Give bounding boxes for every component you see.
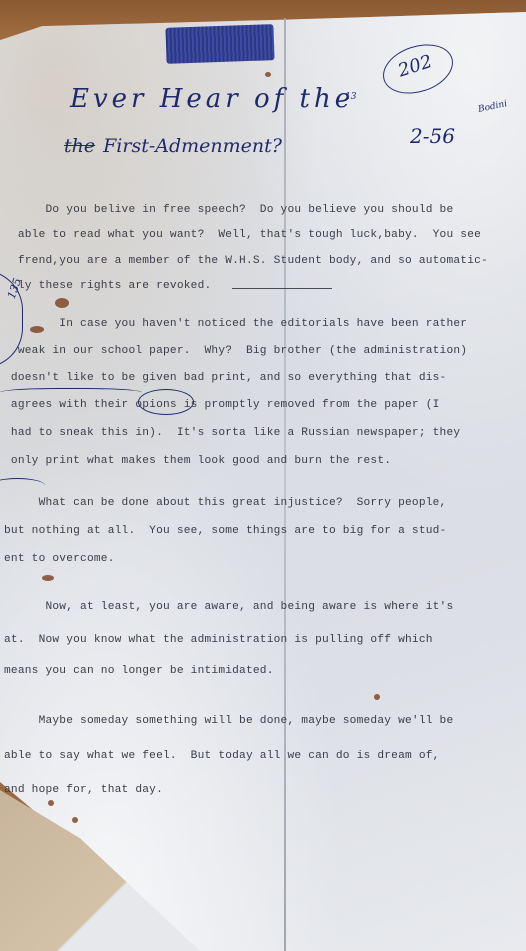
typed-line: doesn't like to be given bad print, and … <box>4 372 526 384</box>
redacted-scribble <box>165 24 274 64</box>
typed-line: frend,you are a member of the W.H.S. Stu… <box>4 255 526 267</box>
typed-line: Do you belive in free speech? Do you bel… <box>4 204 526 216</box>
typed-line: had to sneak this in). It's sorta like a… <box>4 427 526 439</box>
handwritten-title-line1: Ever Hear of the <box>70 84 354 114</box>
margin-pen-stroke <box>0 478 45 493</box>
handwritten-title-line2: theFirst-Admenment? <box>64 135 282 157</box>
title-line2-text: First-Admenment? <box>103 135 282 157</box>
typed-line: able to read what you want? Well, that's… <box>4 229 526 241</box>
pen-loop-line <box>0 388 142 399</box>
stain <box>42 575 54 581</box>
typed-line: ent to overcome. <box>4 553 526 565</box>
struck-word: the <box>64 135 95 157</box>
typed-line: ly these rights are revoked. <box>4 280 526 292</box>
typed-line: only print what makes them look good and… <box>4 455 526 467</box>
typed-line: Now, at least, you are aware, and being … <box>4 601 526 613</box>
typed-line: agrees with their opions is promptly rem… <box>4 399 526 411</box>
paper-crease <box>284 18 286 951</box>
handwritten-superscript: 13 <box>345 92 356 102</box>
stain <box>55 298 69 308</box>
typed-line: able to say what we feel. But today all … <box>4 750 526 762</box>
typed-line: at. Now you know what the administration… <box>4 634 526 646</box>
typed-line: means you can no longer be intimidated. <box>4 665 526 677</box>
typed-line: but nothing at all. You see, some things… <box>4 525 526 537</box>
stain <box>374 694 380 700</box>
stain <box>48 800 54 806</box>
typed-line: weak in our school paper. Why? Big broth… <box>4 345 526 357</box>
typed-line: Maybe someday something will be done, ma… <box>4 715 526 727</box>
typed-line: What can be done about this great injust… <box>4 497 526 509</box>
handwritten-date: 2-56 <box>410 124 455 148</box>
stain <box>265 72 271 77</box>
typed-line: and hope for, that day. <box>4 784 526 796</box>
typed-line: In case you haven't noticed the editoria… <box>4 318 526 330</box>
stain <box>72 817 78 823</box>
